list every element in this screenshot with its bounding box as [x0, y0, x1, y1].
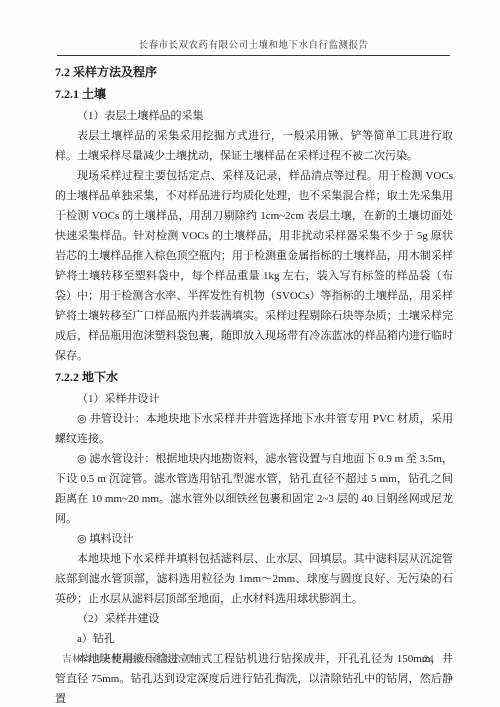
paragraph-filler-layers: 本地块地下水采样井填料包括滤料层、止水层、回填层。其中滤料层从沉淀管底部到滤水管… — [55, 549, 453, 609]
line-filler-design: ◎ 填料设计 — [55, 529, 453, 549]
heading-7-2: 7.2 采样方法及程序 — [55, 62, 453, 83]
paragraph-well-pipe-design: ◎ 井管设计：本地块地下水采样井井管选择地下水井管专用 PVC 材质，采用螺纹连… — [55, 409, 453, 449]
paragraph-filter-pipe-design: ◎ 滤水管设计：根据地块内地勘资料，滤水管设置与自地面下 0.9 m 至 3.5… — [55, 449, 453, 529]
line-drilling: a）钻孔 — [55, 629, 453, 649]
paragraph-soil-collection-method: 表层土壤样品的采集采用挖掘方式进行，一般采用锹、铲等简单工具进行取样。土壤采样尽… — [55, 126, 453, 166]
line-sampling-well-construction: （2）采样井建设 — [55, 609, 453, 629]
footer-company: 吉林省同正检测技术有限公司 — [62, 651, 192, 665]
line-sampling-well-design: （1）采样井设计 — [55, 389, 453, 409]
document-body: 7.2 采样方法及程序 7.2.1 土壤 （1）表层土壤样品的采集 表层土壤样品… — [55, 61, 453, 707]
header-title: 长春市长双农药有限公司土壤和地下水自行监测报告 — [138, 41, 368, 51]
document-page: 长春市长双农药有限公司土壤和地下水自行监测报告 7.2 采样方法及程序 7.2.… — [0, 0, 500, 707]
line-surface-soil-collection: （1）表层土壤样品的采集 — [55, 106, 453, 126]
heading-7-2-2: 7.2.2 地下水 — [55, 367, 453, 388]
footer-page-number: 24 — [424, 655, 435, 665]
page-header: 长春市长双农药有限公司土壤和地下水自行监测报告 — [57, 37, 450, 56]
heading-7-2-1: 7.2.1 土壤 — [55, 84, 453, 105]
page-footer: 吉林省同正检测技术有限公司 24 — [62, 651, 434, 665]
paragraph-field-sampling-process: 现场采样过程主要包括定点、采样及记录，样品清点等过程。用于检测 VOCs 的土壤… — [55, 166, 453, 366]
